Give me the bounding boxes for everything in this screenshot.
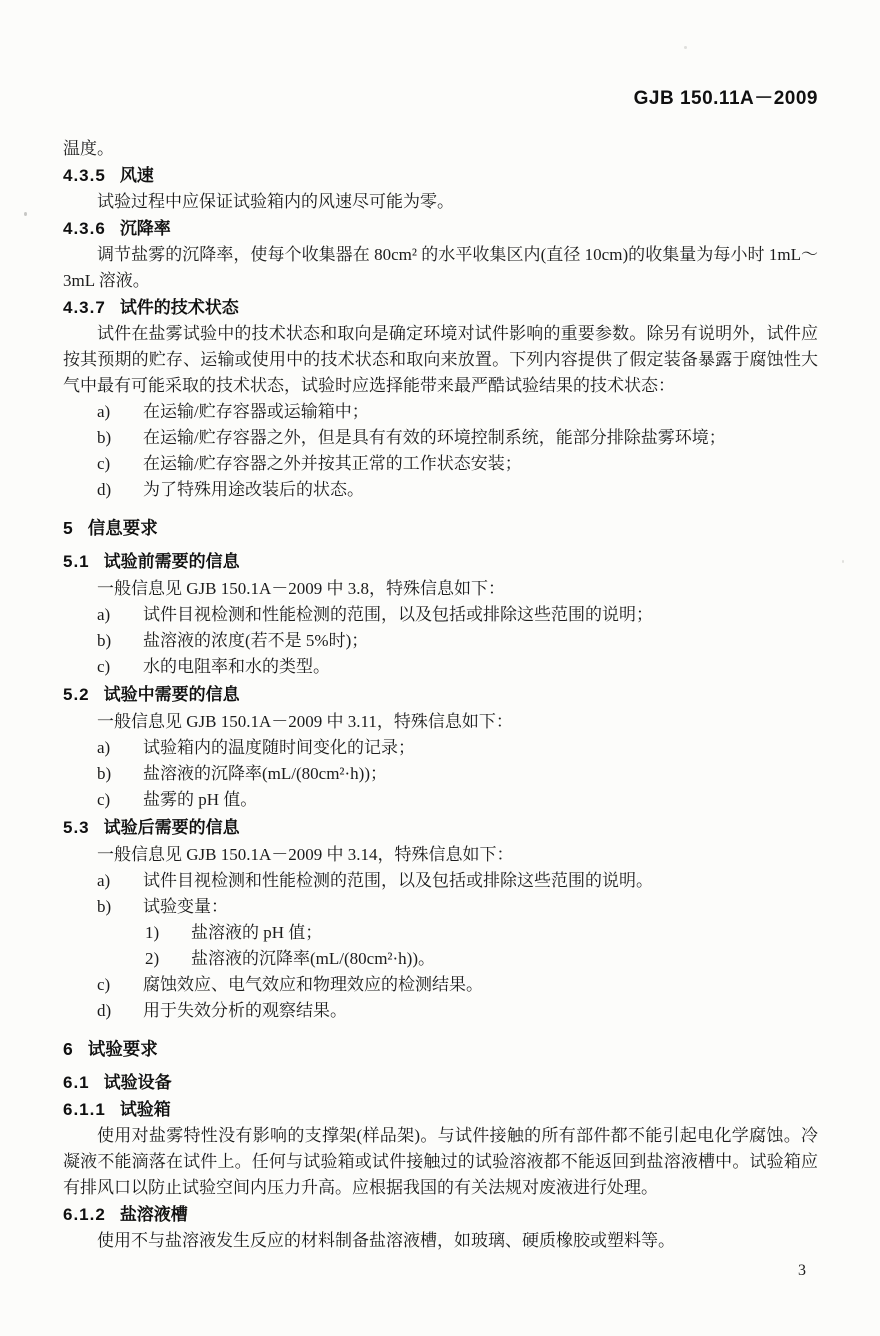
list-text: 试验箱内的温度随时间变化的记录； <box>143 738 415 757</box>
list-text: 盐溶液的 pH 值； <box>191 923 322 942</box>
list-item-c: c)盐雾的 pH 值。 <box>63 787 818 813</box>
continuation-text: 温度。 <box>63 136 818 162</box>
sub-list-item-2: 2)盐溶液的沉降率(mL/(80cm²·h))。 <box>63 946 818 972</box>
section-number: 4.3.5 <box>63 163 106 189</box>
section-title: 试验要求 <box>88 1039 158 1059</box>
paragraph: 使用不与盐溶液发生反应的材料制备盐溶液槽，如玻璃、硬质橡胶或塑料等。 <box>63 1228 818 1254</box>
list-text: 试验变量： <box>143 897 228 916</box>
list-label: b) <box>97 628 143 654</box>
section-number: 5.3 <box>63 815 90 841</box>
sub-list-item-1: 1)盐溶液的 pH 值； <box>63 920 818 946</box>
section-number: 6.1.2 <box>63 1202 106 1228</box>
list-text: 试件目视检测和性能检测的范围，以及包括或排除这些范围的说明； <box>143 605 653 624</box>
section-heading-4-3-7: 4.3.7试件的技术状态 <box>63 295 818 321</box>
section-number: 5.1 <box>63 549 90 575</box>
list-item-a: a)试件目视检测和性能检测的范围，以及包括或排除这些范围的说明。 <box>63 868 818 894</box>
paragraph: 一般信息见 GJB 150.1A－2009 中 3.14，特殊信息如下： <box>63 842 818 868</box>
list-item-b: b)试验变量： <box>63 894 818 920</box>
section-heading-6: 6试验要求 <box>63 1036 818 1062</box>
list-text: 在运输/贮存容器之外，但是具有有效的环境控制系统，能部分排除盐雾环境； <box>143 428 726 447</box>
list-label: b) <box>97 425 143 451</box>
list-label: a) <box>97 602 143 628</box>
list-label: 2) <box>145 946 191 972</box>
document-page: GJB 150.11A－2009 温度。 4.3.5风速 试验过程中应保证试验箱… <box>0 0 880 1336</box>
list-label: a) <box>97 868 143 894</box>
list-item-c: c)在运输/贮存容器之外并按其正常的工作状态安装； <box>63 451 818 477</box>
section-title: 试件的技术状态 <box>120 298 239 317</box>
section-number: 5 <box>63 515 74 541</box>
paragraph: 试验过程中应保证试验箱内的风速尽可能为零。 <box>63 189 818 215</box>
section-heading-5-3: 5.3试验后需要的信息 <box>63 815 818 841</box>
list-text: 盐溶液的沉降率(mL/(80cm²·h))； <box>143 764 387 783</box>
list-text: 腐蚀效应、电气效应和物理效应的检测结果。 <box>143 975 483 994</box>
paragraph: 试件在盐雾试验中的技术状态和取向是确定环境对试件影响的重要参数。除另有说明外，试… <box>63 321 818 399</box>
section-heading-4-3-5: 4.3.5风速 <box>63 163 818 189</box>
section-number: 5.2 <box>63 682 90 708</box>
scan-speck <box>842 560 844 563</box>
section-title: 试验设备 <box>104 1073 172 1092</box>
scan-speck <box>24 212 27 216</box>
list-text: 用于失效分析的观察结果。 <box>143 1001 347 1020</box>
paragraph: 调节盐雾的沉降率，使每个收集器在 80cm² 的水平收集区内(直径 10cm)的… <box>63 242 818 294</box>
page-number: 3 <box>798 1262 806 1280</box>
section-title: 盐溶液槽 <box>120 1205 188 1224</box>
section-number: 4.3.7 <box>63 295 106 321</box>
list-text: 为了特殊用途改装后的状态。 <box>143 480 364 499</box>
section-heading-5: 5信息要求 <box>63 515 818 541</box>
list-item-d: d)为了特殊用途改装后的状态。 <box>63 477 818 503</box>
list-text: 盐溶液的浓度(若不是 5%时)； <box>143 631 368 650</box>
list-label: d) <box>97 477 143 503</box>
document-code-header: GJB 150.11A－2009 <box>63 86 818 112</box>
list-item-b: b)盐溶液的浓度(若不是 5%时)； <box>63 628 818 654</box>
list-label: b) <box>97 894 143 920</box>
section-heading-6-1-1: 6.1.1试验箱 <box>63 1097 818 1123</box>
section-heading-6-1-2: 6.1.2盐溶液槽 <box>63 1202 818 1228</box>
list-label: c) <box>97 654 143 680</box>
list-label: c) <box>97 972 143 998</box>
section-title: 信息要求 <box>88 518 158 538</box>
list-item-a: a)在运输/贮存容器或运输箱中； <box>63 399 818 425</box>
section-number: 6 <box>63 1036 74 1062</box>
list-item-a: a)试件目视检测和性能检测的范围，以及包括或排除这些范围的说明； <box>63 602 818 628</box>
list-item-c: c)水的电阻率和水的类型。 <box>63 654 818 680</box>
list-label: a) <box>97 735 143 761</box>
section-heading-5-2: 5.2试验中需要的信息 <box>63 682 818 708</box>
page-content: GJB 150.11A－2009 温度。 4.3.5风速 试验过程中应保证试验箱… <box>63 86 818 1254</box>
list-text: 水的电阻率和水的类型。 <box>143 657 330 676</box>
section-heading-5-1: 5.1试验前需要的信息 <box>63 549 818 575</box>
list-text: 盐溶液的沉降率(mL/(80cm²·h))。 <box>191 949 435 968</box>
paragraph: 一般信息见 GJB 150.1A－2009 中 3.8，特殊信息如下： <box>63 576 818 602</box>
section-number: 6.1.1 <box>63 1097 106 1123</box>
list-item-b: b)在运输/贮存容器之外，但是具有有效的环境控制系统，能部分排除盐雾环境； <box>63 425 818 451</box>
list-text: 盐雾的 pH 值。 <box>143 790 257 809</box>
section-title: 试验箱 <box>120 1100 171 1119</box>
list-label: c) <box>97 787 143 813</box>
section-number: 4.3.6 <box>63 216 106 242</box>
section-heading-6-1: 6.1试验设备 <box>63 1070 818 1096</box>
list-item-c: c)腐蚀效应、电气效应和物理效应的检测结果。 <box>63 972 818 998</box>
section-title: 试验中需要的信息 <box>104 685 240 704</box>
list-label: b) <box>97 761 143 787</box>
list-label: d) <box>97 998 143 1024</box>
section-number: 6.1 <box>63 1070 90 1096</box>
list-text: 试件目视检测和性能检测的范围，以及包括或排除这些范围的说明。 <box>143 871 653 890</box>
section-heading-4-3-6: 4.3.6沉降率 <box>63 216 818 242</box>
section-title: 风速 <box>120 166 154 185</box>
list-text: 在运输/贮存容器或运输箱中； <box>143 402 369 421</box>
section-title: 试验后需要的信息 <box>104 818 240 837</box>
section-title: 试验前需要的信息 <box>104 552 240 571</box>
list-label: a) <box>97 399 143 425</box>
list-item-d: d)用于失效分析的观察结果。 <box>63 998 818 1024</box>
list-label: 1) <box>145 920 191 946</box>
list-item-a: a)试验箱内的温度随时间变化的记录； <box>63 735 818 761</box>
paragraph: 使用对盐雾特性没有影响的支撑架(样品架)。与试件接触的所有部件都不能引起电化学腐… <box>63 1123 818 1201</box>
list-label: c) <box>97 451 143 477</box>
list-text: 在运输/贮存容器之外并按其正常的工作状态安装； <box>143 454 522 473</box>
paragraph: 一般信息见 GJB 150.1A－2009 中 3.11，特殊信息如下： <box>63 709 818 735</box>
section-title: 沉降率 <box>120 219 171 238</box>
scan-speck <box>684 46 687 49</box>
list-item-b: b)盐溶液的沉降率(mL/(80cm²·h))； <box>63 761 818 787</box>
